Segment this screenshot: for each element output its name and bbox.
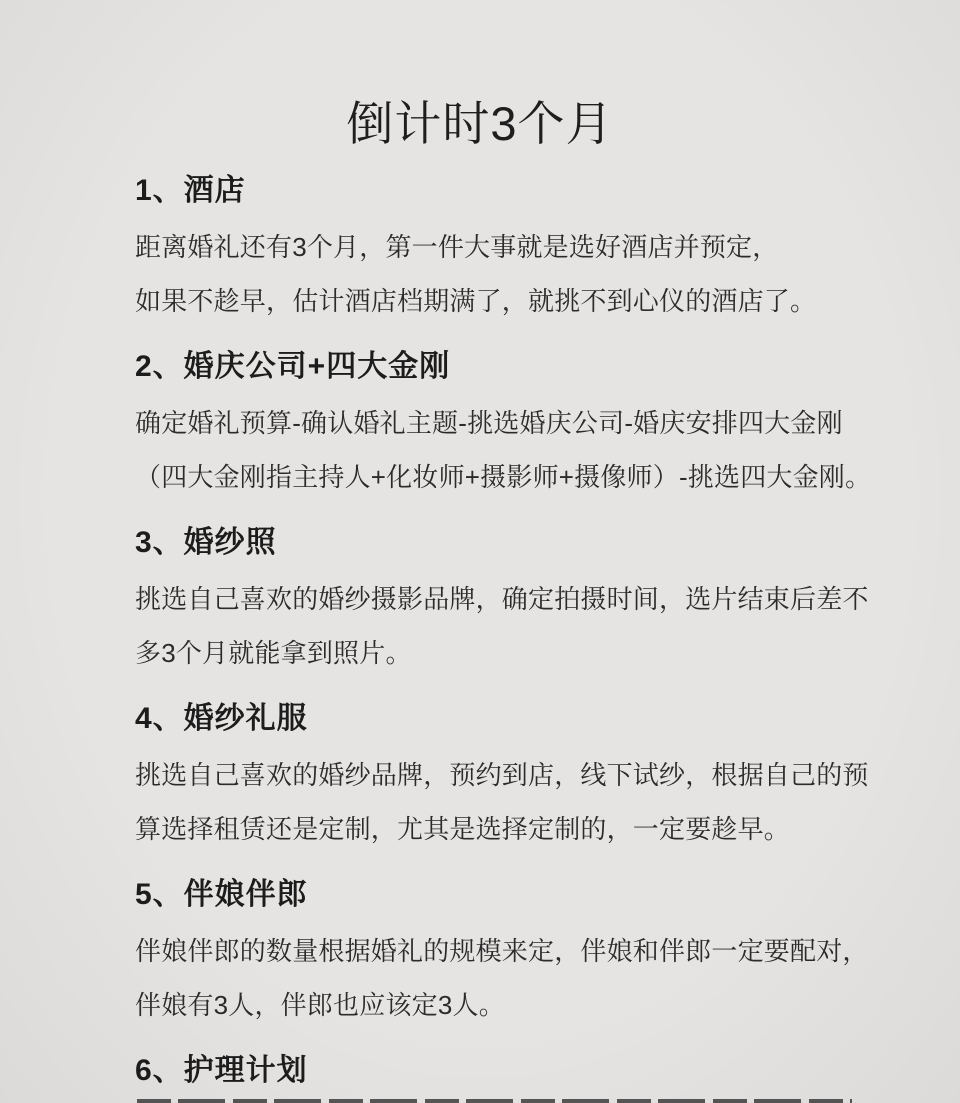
section-body-wedding-company: 确定婚礼预算-确认婚礼主题-挑选婚庆公司-婚庆安排四大金刚 （四大金刚指主持人+… bbox=[135, 396, 920, 504]
page-title: 倒计时3个月 bbox=[0, 96, 960, 152]
section-wedding-photos: 3、婚纱照 挑选自己喜欢的婚纱摄影品牌，确定拍摄时间，选片结束后差不 多3个月就… bbox=[135, 526, 920, 680]
section-heading-care-plan: 6、护理计划 bbox=[135, 1054, 920, 1088]
clipped-text-row bbox=[137, 1099, 852, 1103]
section-wedding-dress: 4、婚纱礼服 挑选自己喜欢的婚纱品牌，预约到店，线下试纱，根据自己的预 算选择租… bbox=[135, 702, 920, 856]
section-heading-hotel: 1、酒店 bbox=[135, 174, 920, 208]
section-heading-wedding-photos: 3、婚纱照 bbox=[135, 526, 920, 560]
section-hotel: 1、酒店 距离婚礼还有3个月，第一件大事就是选好酒店并预定， 如果不趁早，估计酒… bbox=[135, 174, 920, 328]
section-body-wedding-dress: 挑选自己喜欢的婚纱品牌，预约到店，线下试纱，根据自己的预 算选择租赁还是定制，尤… bbox=[135, 748, 920, 856]
section-care-plan: 6、护理计划 bbox=[135, 1054, 920, 1088]
section-body-wedding-photos: 挑选自己喜欢的婚纱摄影品牌，确定拍摄时间，选片结束后差不 多3个月就能拿到照片。 bbox=[135, 572, 920, 680]
section-bridesmaids-groomsmen: 5、伴娘伴郎 伴娘伴郎的数量根据婚礼的规模来定，伴娘和伴郎一定要配对， 伴娘有3… bbox=[135, 878, 920, 1032]
section-body-hotel: 距离婚礼还有3个月，第一件大事就是选好酒店并预定， 如果不趁早，估计酒店档期满了… bbox=[135, 220, 920, 328]
section-body-bridesmaids-groomsmen: 伴娘伴郎的数量根据婚礼的规模来定，伴娘和伴郎一定要配对， 伴娘有3人，伴郎也应该… bbox=[135, 924, 920, 1032]
section-wedding-company: 2、婚庆公司+四大金刚 确定婚礼预算-确认婚礼主题-挑选婚庆公司-婚庆安排四大金… bbox=[135, 350, 920, 504]
section-heading-wedding-company: 2、婚庆公司+四大金刚 bbox=[135, 350, 920, 384]
wedding-countdown-document: 倒计时3个月 1、酒店 距离婚礼还有3个月，第一件大事就是选好酒店并预定， 如果… bbox=[0, 0, 960, 1103]
section-heading-bridesmaids-groomsmen: 5、伴娘伴郎 bbox=[135, 878, 920, 912]
section-heading-wedding-dress: 4、婚纱礼服 bbox=[135, 702, 920, 736]
